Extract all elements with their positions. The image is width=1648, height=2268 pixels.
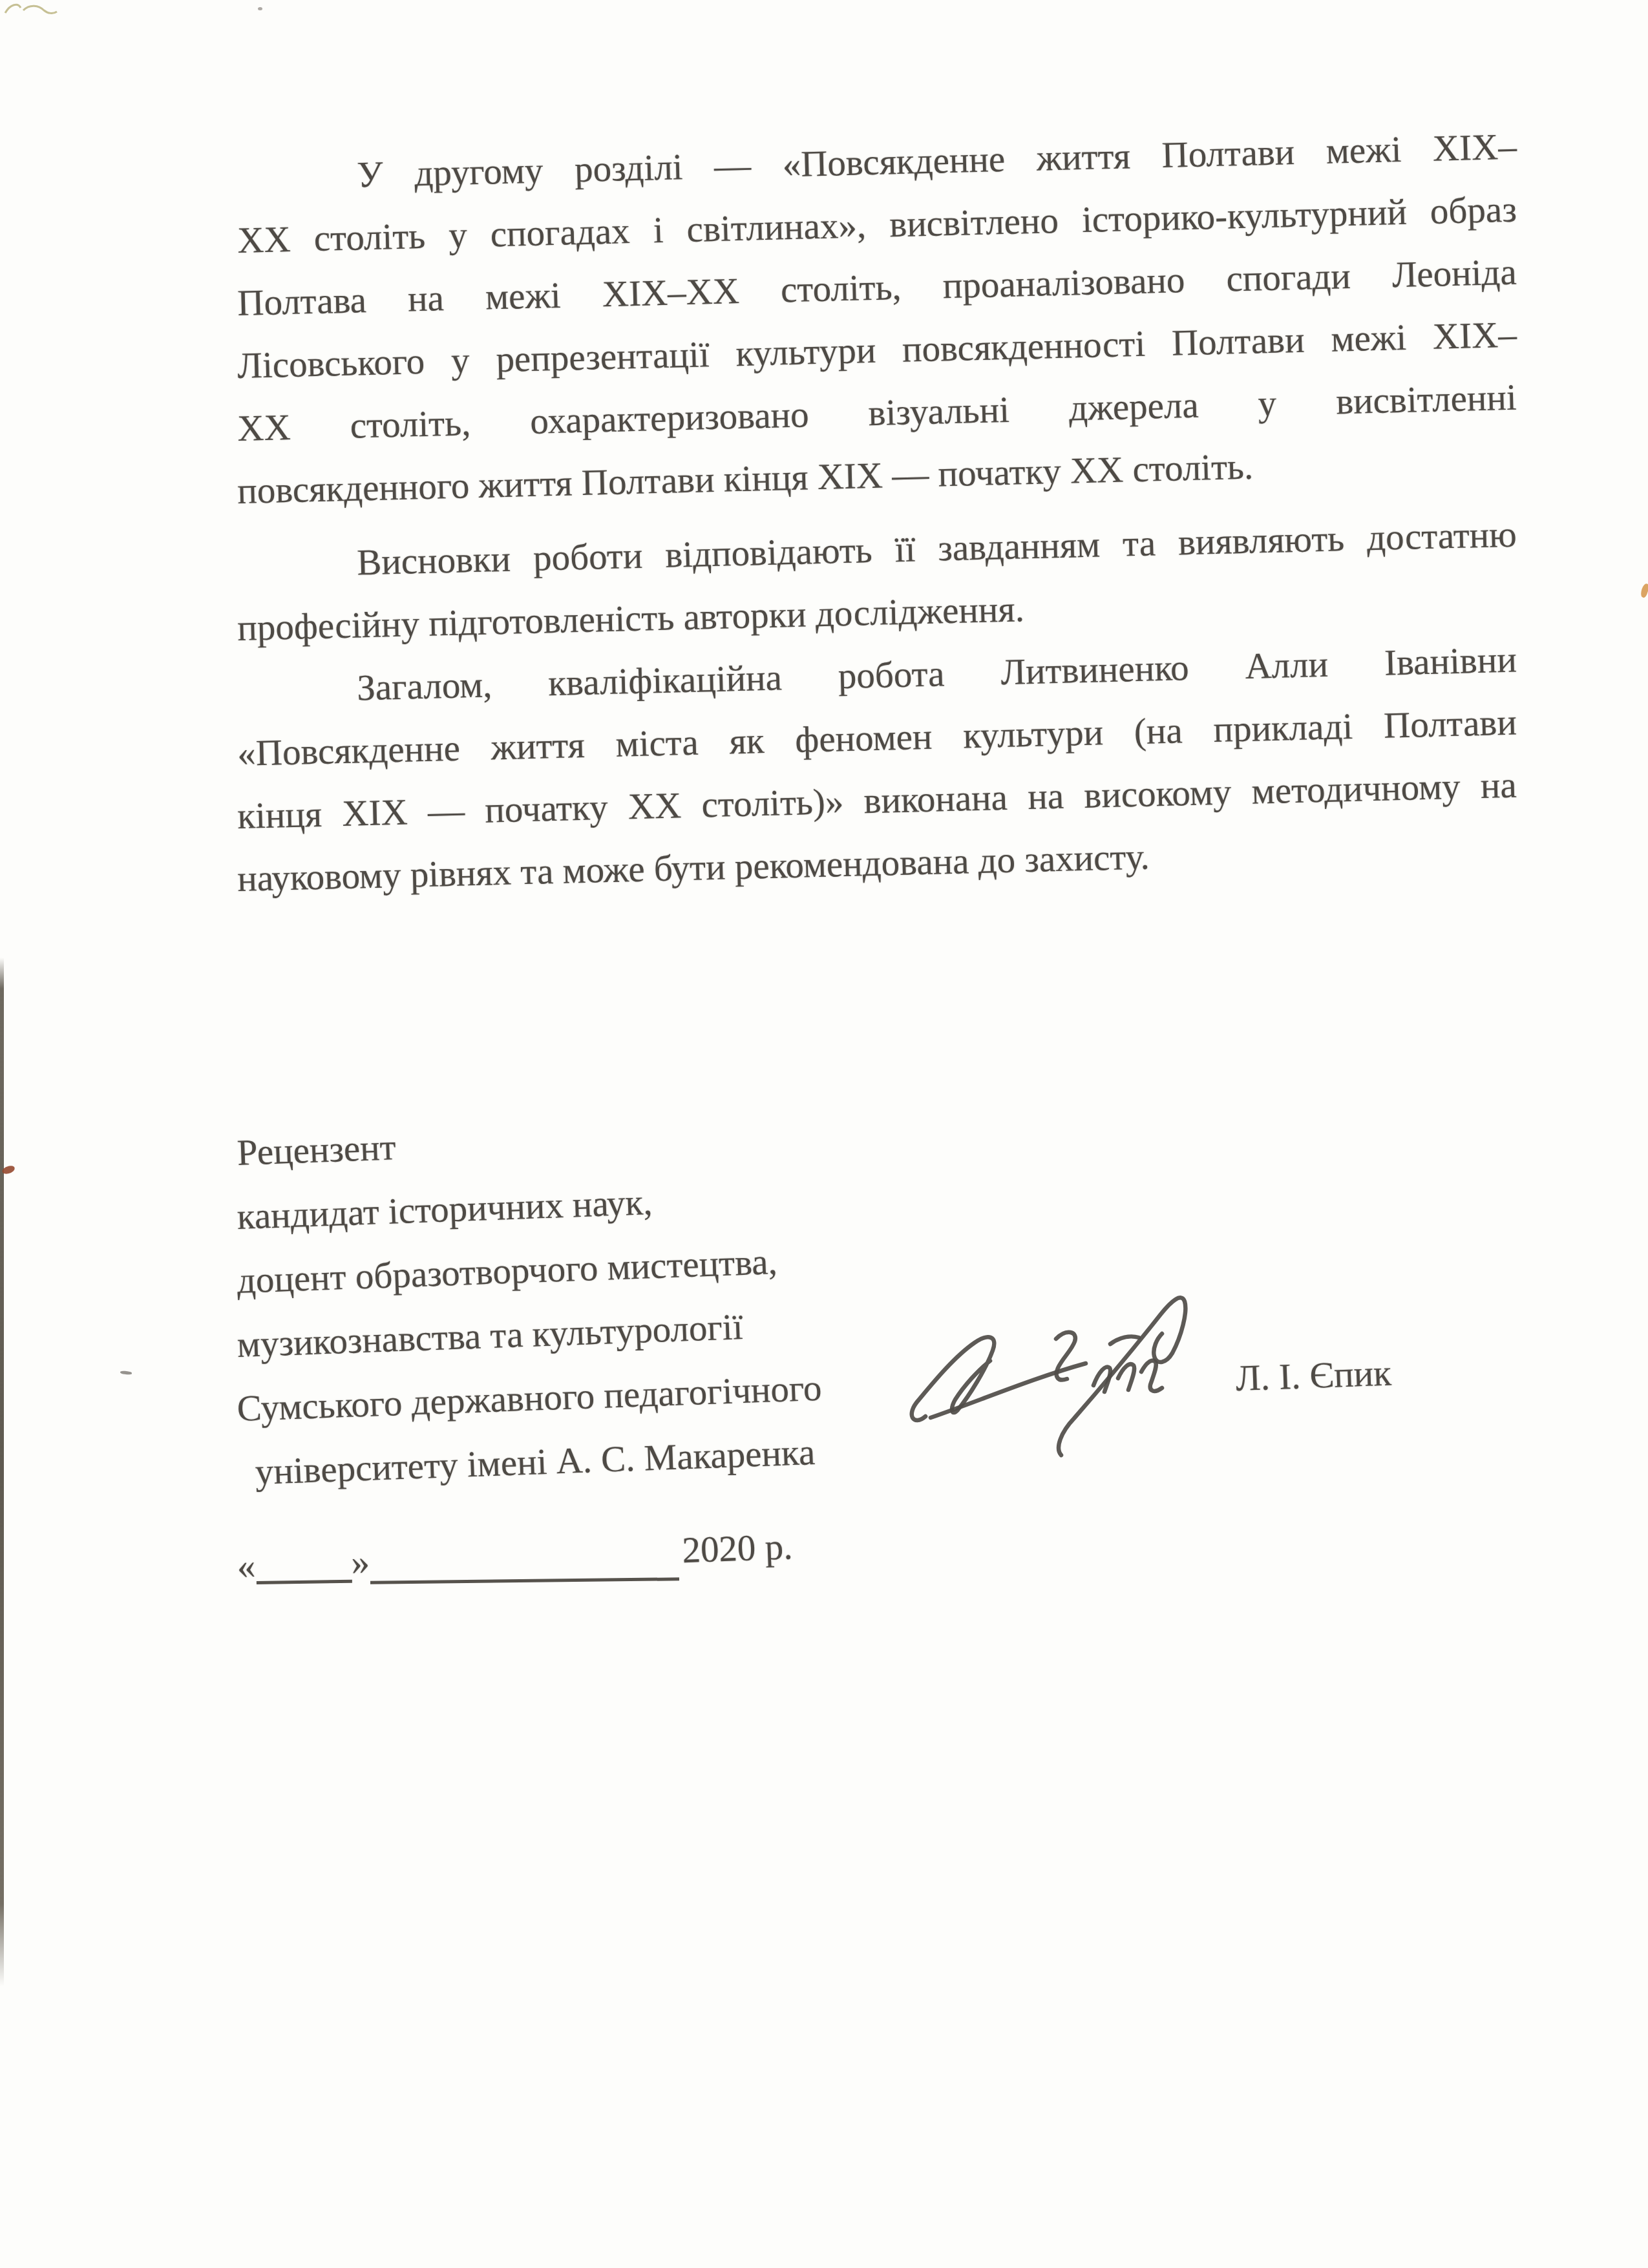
signature-stroke [1093,1361,1162,1392]
corner-squiggle-mark [1,0,63,21]
month-blank-line [370,1575,679,1584]
mid-dust-speck [120,1370,132,1375]
paragraph: У другому розділі — «Повсякденне життя П… [238,147,1517,523]
review-body: У другому розділі — «Повсякденне життя П… [238,147,1517,910]
signature-name: Л. І. Єпик [1235,1354,1392,1398]
signature-stroke [1110,1336,1139,1344]
signature-stroke [931,1363,1086,1418]
close-quote-mark: » [350,1542,370,1583]
scanned-page: У другому розділі — «Повсякденне життя П… [0,0,1648,2268]
signature-stroke [1059,1297,1185,1455]
left-edge-scan-strip [0,958,4,1986]
right-edge-speck [1640,583,1648,598]
top-dust-speck [258,7,262,10]
year-label: 2020 р. [681,1526,793,1571]
open-quote-mark: « [237,1546,257,1587]
signature-image [892,1266,1215,1525]
paragraph: Загалом, кваліфікаційна робота Литвиненк… [238,660,1517,910]
day-blank-line [256,1577,352,1584]
